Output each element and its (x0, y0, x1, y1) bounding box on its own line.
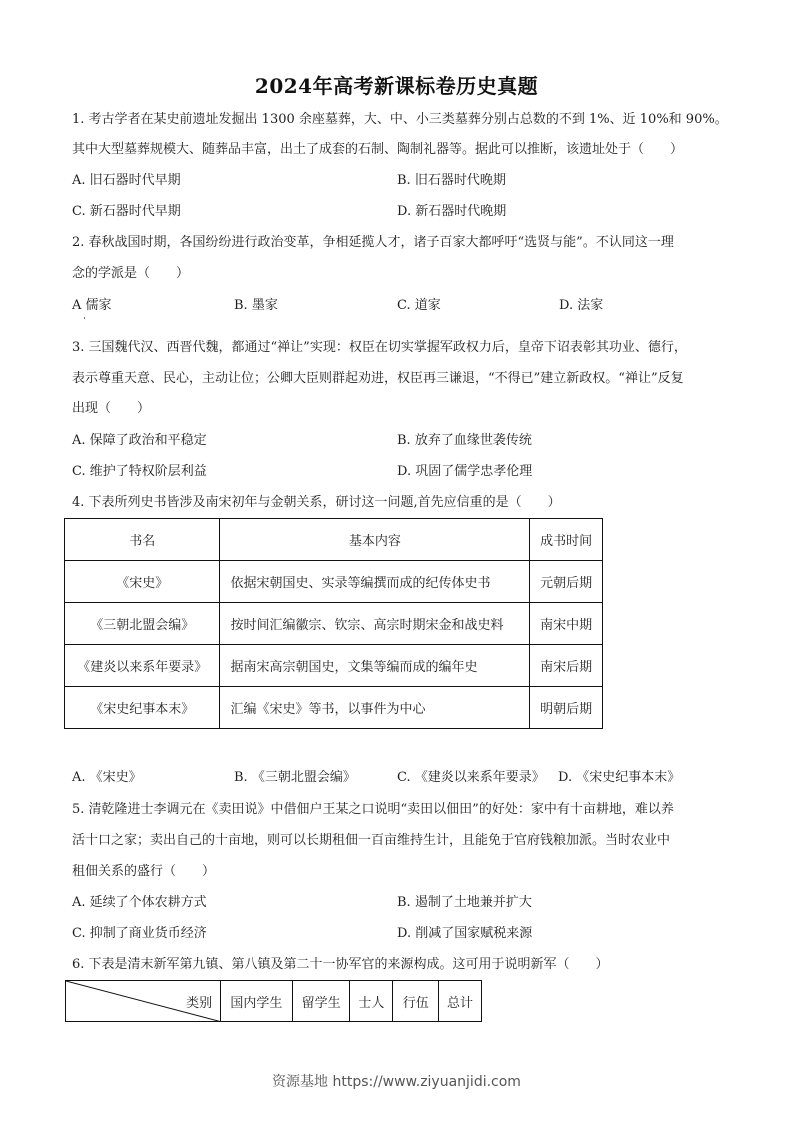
table-row: 《宋史》 依据宋朝国史、实录等编撰而成的纪传体史书 元朝后期 (65, 561, 603, 603)
question-2-option-d: D. 法家 (559, 297, 603, 315)
table-header-cell: 基本内容 (220, 519, 530, 561)
table-cell-book: 《宋史纪事本末》 (65, 687, 220, 729)
question-4-option-b: B. 《三朝北盟会编》 (234, 769, 356, 787)
question-5-line-3: 租佃关系的盛行（ ） (72, 863, 215, 881)
table-cell-book: 《宋史》 (65, 561, 220, 603)
question-1-option-b: B. 旧石器时代晚期 (397, 172, 506, 190)
table-cell-time: 明朝后期 (530, 687, 603, 729)
table-cell-time: 南宋后期 (530, 645, 603, 687)
question-4-option-d: D. 《宋史纪事本末》 (558, 769, 680, 787)
question-4-line-1: 4. 下表所列史书皆涉及南宋初年与金朝关系，研讨这一问题,首先应信重的是（ ） (72, 494, 561, 512)
page-title: 2024年高考新课标卷历史真题 (0, 70, 793, 99)
table-header-row: 类别 国内学生 留学生 士人 行伍 总计 (66, 981, 482, 1022)
question-1-option-d: D. 新石器时代晚期 (397, 203, 506, 221)
table-cell-time: 元朝后期 (530, 561, 603, 603)
table-header-cell: 成书时间 (530, 519, 603, 561)
table-header-cell: 国内学生 (221, 981, 293, 1022)
table-header-cell: 留学生 (292, 981, 350, 1022)
table-row: 《三朝北盟会编》 按时间汇编徽宗、钦宗、高宗时期宋金和战史料 南宋中期 (65, 603, 603, 645)
question-4-table: 书名 基本内容 成书时间 《宋史》 依据宋朝国史、实录等编撰而成的纪传体史书 元… (64, 518, 603, 729)
question-2-line-2: 念的学派是（ ） (72, 265, 189, 283)
table-cell-book: 《三朝北盟会编》 (65, 603, 220, 645)
table-cell-content: 按时间汇编徽宗、钦宗、高宗时期宋金和战史料 (220, 603, 530, 645)
question-1-option-c: C. 新石器时代早期 (72, 203, 181, 221)
question-3-option-d: D. 巩固了儒学忠孝伦理 (397, 463, 532, 481)
exam-page: 2024年高考新课标卷历史真题 1. 考古学者在某史前遗址发掘出 1300 余座… (0, 0, 793, 1122)
question-3-option-b: B. 放弃了血缘世袭传统 (397, 432, 532, 450)
table-row: 《建炎以来系年要录》 据南宋高宗朝国史，文集等编而成的编年史 南宋后期 (65, 645, 603, 687)
table-header-cell: 总计 (439, 981, 482, 1022)
table-corner-label: 类别 (186, 992, 212, 1011)
table-header-cell: 行伍 (393, 981, 439, 1022)
question-1-line-1: 1. 考古学者在某史前遗址发掘出 1300 余座墓葬，大、中、小三类墓葬分别占总… (72, 111, 728, 129)
table-cell-content: 汇编《宋史》等书，以事件为中心 (220, 687, 530, 729)
question-2-option-a: A 儒家 (72, 297, 112, 315)
table-cell-content: 据南宋高宗朝国史，文集等编而成的编年史 (220, 645, 530, 687)
table-row: 《宋史纪事本末》 汇编《宋史》等书，以事件为中心 明朝后期 (65, 687, 603, 729)
table-cell-time: 南宋中期 (530, 603, 603, 645)
scan-speck (84, 317, 85, 319)
question-6-line-1: 6. 下表是清末新军第九镇、第八镇及第二十一协军官的来源构成。这可用于说明新军（… (72, 956, 609, 974)
table-header-cell: 士人 (350, 981, 393, 1022)
question-5-option-b: B. 遏制了土地兼并扩大 (397, 894, 532, 912)
table-cell-book: 《建炎以来系年要录》 (65, 645, 220, 687)
question-1-option-a: A. 旧石器时代早期 (72, 172, 181, 190)
question-5-option-a: A. 延续了个体农耕方式 (72, 894, 207, 912)
table-header-row: 书名 基本内容 成书时间 (65, 519, 603, 561)
table-header-cell: 书名 (65, 519, 220, 561)
question-5-option-c: C. 抑制了商业货币经济 (72, 925, 207, 943)
question-6-table: 类别 国内学生 留学生 士人 行伍 总计 (65, 980, 482, 1022)
question-5-line-1: 5. 清乾隆进士李调元在《卖田说》中借佃户王某之口说明“卖田以佃田”的好处：家中… (72, 801, 674, 819)
question-2-option-b: B. 墨家 (234, 297, 278, 315)
question-5-option-d: D. 削减了国家赋税来源 (397, 925, 532, 943)
table-corner-cell: 类别 (66, 981, 221, 1022)
question-3-option-a: A. 保障了政治和平稳定 (72, 432, 207, 450)
watermark-footer: 资源基地 https://www.ziyuanjidi.com (0, 1071, 793, 1091)
question-3-line-3: 出现（ ） (72, 400, 150, 418)
question-5-line-2: 活十口之家；卖出自己的十亩地，则可以长期租佃一百亩维持生计，且能免于官府钱粮加派… (72, 832, 670, 850)
question-3-line-1: 3. 三国魏代汉、西晋代魏，都通过“禅让”实现：权臣在切实掌握军政权力后，皇帝下… (72, 339, 687, 357)
question-2-option-c: C. 道家 (397, 297, 441, 315)
question-3-line-2: 表示尊重天意、民心，主动让位；公卿大臣则群起劝进，权臣再三谦退，“不得已”建立新… (72, 370, 684, 388)
question-2-line-1: 2. 春秋战国时期，各国纷纷进行政治变革，争相延揽人才，诸子百家大都呼吁“选贤与… (72, 234, 674, 252)
question-4-option-a: A. 《宋史》 (72, 769, 142, 787)
question-4-option-c: C. 《建炎以来系年要录》 (397, 769, 545, 787)
question-3-option-c: C. 维护了特权阶层利益 (72, 463, 207, 481)
table-cell-content: 依据宋朝国史、实录等编撰而成的纪传体史书 (220, 561, 530, 603)
question-1-line-2: 其中大型墓葬规模大、随葬品丰富，出土了成套的石制、陶制礼器等。据此可以推断，该遗… (72, 141, 683, 159)
